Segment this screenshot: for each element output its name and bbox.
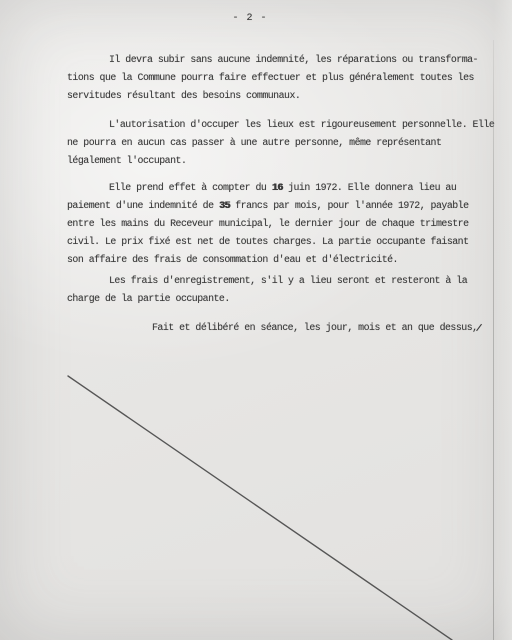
document-scan: - 2 - Il devra subir sans aucune indemni… [0,0,512,640]
paragraph-indemnite-text-1: Elle prend effet à compter du [109,182,272,193]
date-day-overstruck: 16 [272,182,283,193]
closing-line-text: Fait et délibéré en séance, les jour, mo… [152,322,478,333]
diagonal-pen-stroke-line [68,376,452,640]
paragraph-reparations: Il devra subir sans aucune indemnité, le… [67,51,497,105]
paragraph-indemnite: Elle prend effet à compter du 16 juin 19… [67,179,497,269]
paragraph-autorisation: L'autorisation d'occuper les lieux est r… [67,116,497,170]
amount-francs-overstruck: 35 [219,200,230,211]
paper-edge-shading [494,0,512,640]
paragraph-frais-enregistrement: Les frais d'enregistrement, s'il y a lie… [67,272,497,308]
closing-line: Fait et délibéré en séance, les jour, mo… [67,319,512,337]
page-number: - 2 - [0,12,506,26]
